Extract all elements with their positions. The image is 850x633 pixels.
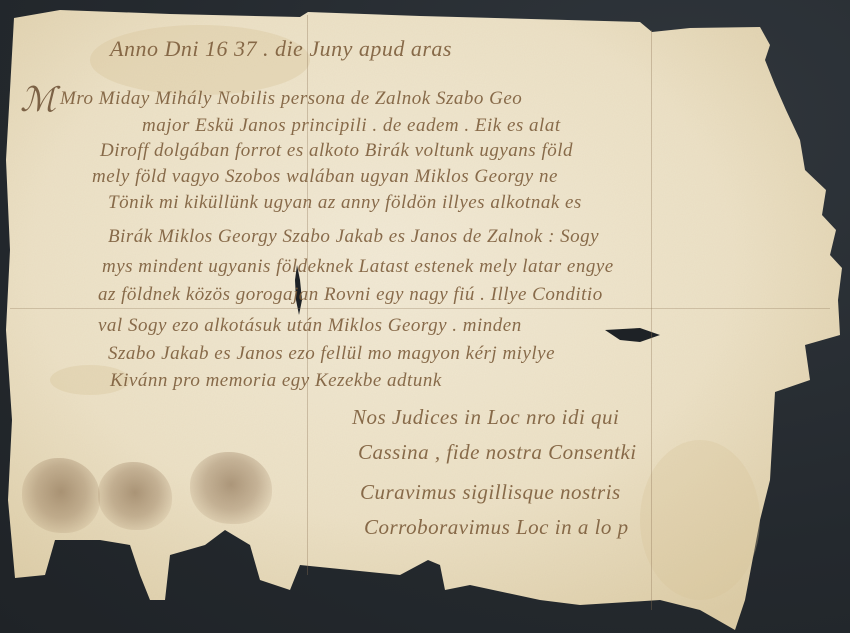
body-line: major Eskü Janos principili . de eadem .… [142,115,561,137]
attestation-line: Curavimus sigillisque nostris [360,480,621,505]
attestation-line: Cassina , fide nostra Consentki [358,440,637,465]
body-line: mys mindent ugyanis földeknek Latast est… [102,256,614,278]
body-line: Tönik mi kiküllünk ugyan az anny földön … [108,192,582,214]
attestation-line: Corroboravimus Loc in a lo p [364,515,629,540]
fold-line [10,308,830,309]
body-line: az földnek közös gorogajan Rovni egy nag… [98,284,603,306]
initial-letter: ℳ [20,80,57,120]
body-line: mely föld vagyo Szobos walában ugyan Mik… [92,166,558,188]
fold-line [651,30,652,610]
body-line: Mro Miday Mihály Nobilis persona de Zaln… [60,88,522,110]
wax-seal-2 [98,462,172,530]
body-line: Szabo Jakab es Janos ezo fellül mo magyo… [108,343,555,365]
attestation-line: Nos Judices in Loc nro idi qui [352,405,619,430]
heading-date-line: Anno Dni 16 37 . die Juny apud aras [110,36,452,62]
body-line: Birák Miklos Georgy Szabo Jakab es Janos… [108,226,599,248]
body-line: Diroff dolgában forrot es alkoto Birák v… [100,140,573,162]
body-line: val Sogy ezo alkotásuk után Miklos Georg… [98,315,522,337]
wax-seal-3 [190,452,272,524]
wax-seal-1 [22,458,100,533]
body-line: Kivánn pro memoria egy Kezekbe adtunk [110,370,442,392]
